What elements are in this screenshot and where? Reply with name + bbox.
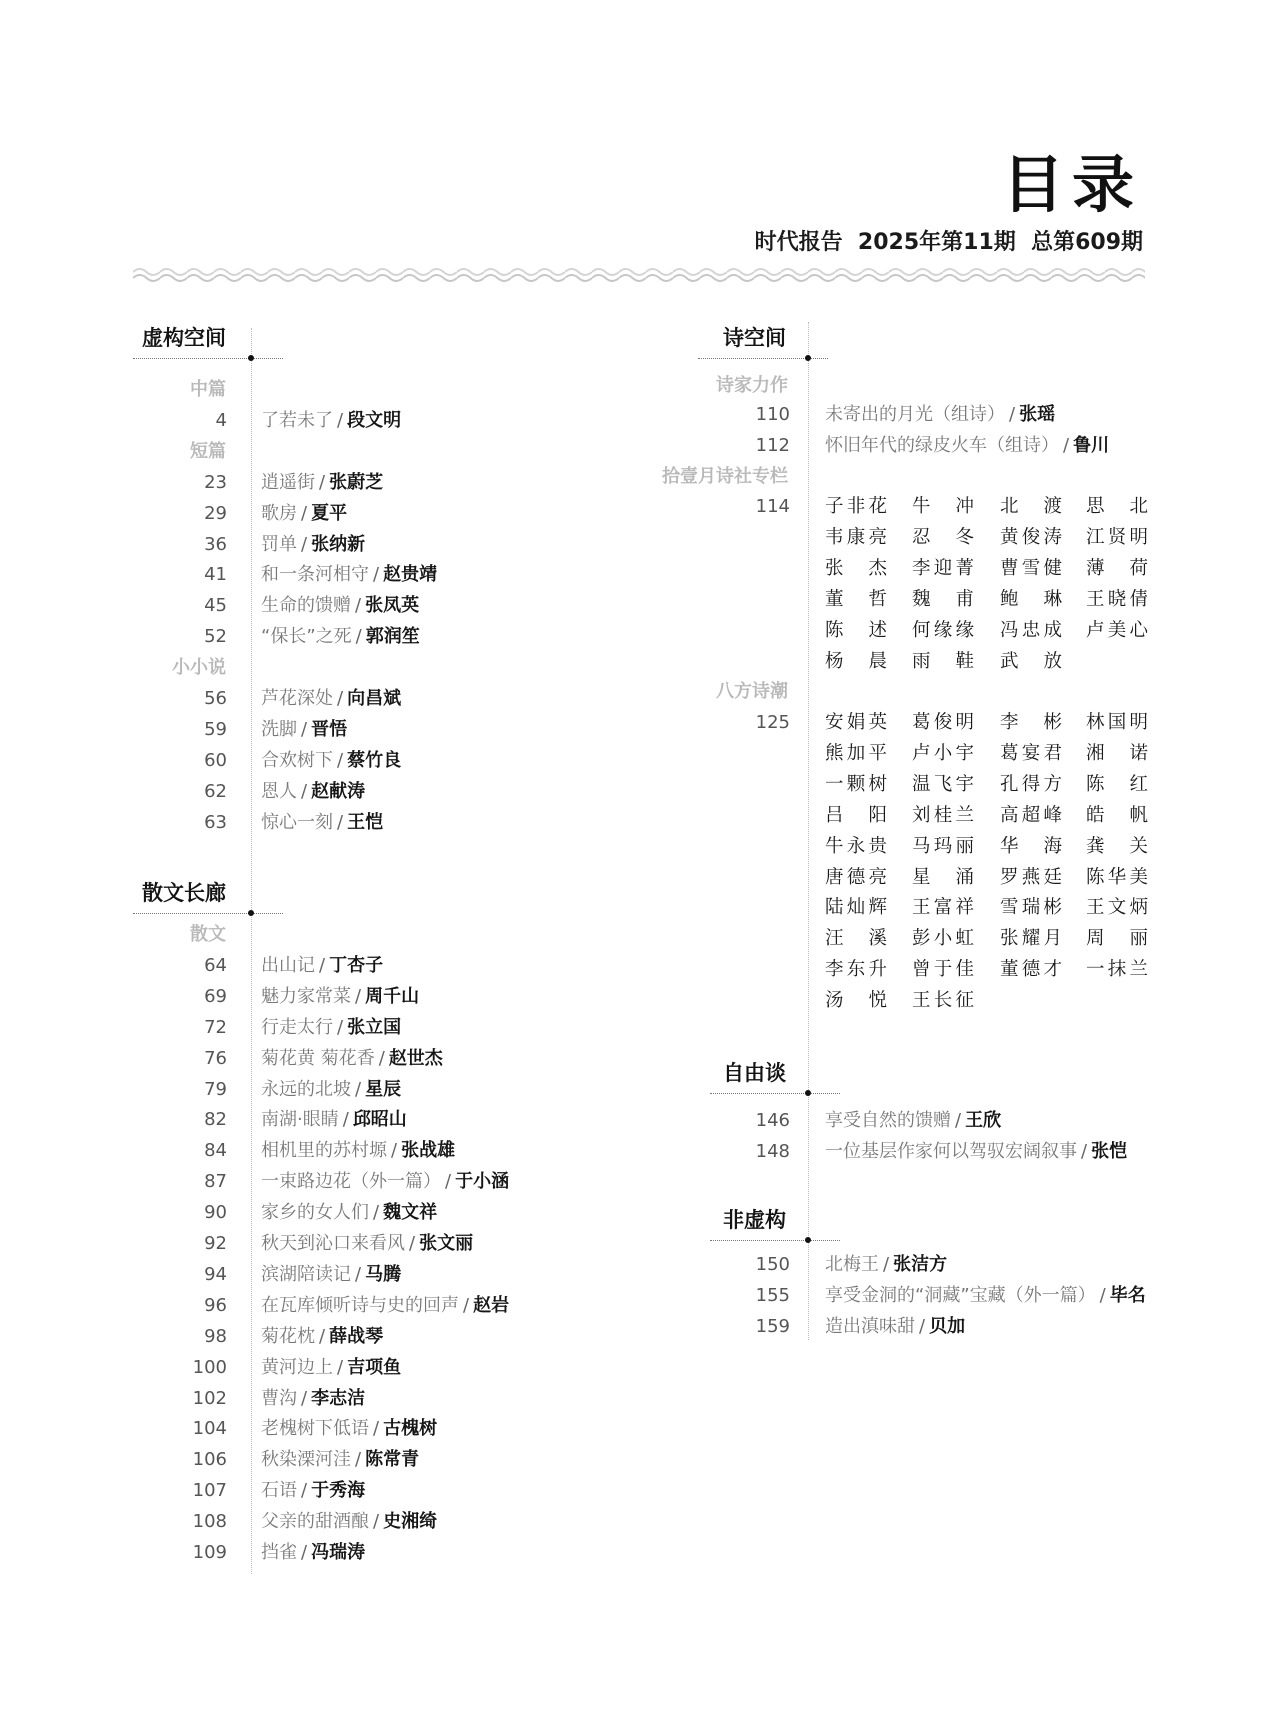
- entry-title: 挡雀: [261, 1542, 297, 1563]
- entry-title: 了若未了: [261, 410, 333, 431]
- name-char: 龚: [1086, 836, 1105, 858]
- poet-name: 罗燕廷: [1000, 867, 1062, 889]
- toc-entry[interactable]: 秋染溧河洼/陈常青: [261, 1449, 419, 1471]
- subsection-label: 八方诗潮: [716, 681, 788, 703]
- name-char: 红: [1129, 774, 1148, 796]
- name-char: 周: [1086, 928, 1105, 950]
- page-number: 60: [167, 750, 227, 772]
- toc-entry[interactable]: 在瓦库倾听诗与史的回声/赵岩: [261, 1295, 509, 1317]
- entry-title: 魅力家常菜: [261, 986, 351, 1007]
- entry-author: 张瑶: [1019, 404, 1055, 425]
- page-number: 125: [730, 712, 790, 734]
- poet-name: 一抹兰: [1086, 959, 1148, 981]
- name-char: 杰: [868, 558, 887, 580]
- entry-separator: /: [333, 1017, 347, 1038]
- poet-name: 葛宴君: [1000, 743, 1062, 765]
- entry-author: 王欣: [965, 1110, 1001, 1131]
- page-number: 150: [730, 1254, 790, 1276]
- entry-separator: /: [297, 1480, 311, 1501]
- toc-entry[interactable]: 未寄出的月光（组诗）/张瑶: [825, 404, 1055, 426]
- poet-name: 曾于佳: [912, 959, 974, 981]
- page-number: 107: [167, 1480, 227, 1502]
- toc-entry[interactable]: 相机里的苏村塬/张战雄: [261, 1140, 455, 1162]
- toc-entry[interactable]: 生命的馈赠/张凤英: [261, 595, 419, 617]
- name-char: 华: [1000, 836, 1019, 858]
- poet-name: 王晓倩: [1086, 589, 1148, 611]
- page-number: 110: [730, 404, 790, 426]
- name-char: 渡: [1043, 496, 1062, 518]
- name-char: 琳: [1043, 589, 1062, 611]
- entry-title: 在瓦库倾听诗与史的回声: [261, 1295, 459, 1316]
- page-number: 52: [167, 626, 227, 648]
- toc-entry[interactable]: 享受金洞的“洞藏”宝藏（外一篇）/毕名: [825, 1285, 1146, 1307]
- entry-separator: /: [297, 781, 311, 802]
- name-char: 牛: [912, 496, 931, 518]
- entry-author: 蔡竹良: [347, 750, 401, 771]
- entry-separator: /: [879, 1254, 893, 1275]
- poet-name: 熊加平: [825, 743, 887, 765]
- toc-entry[interactable]: 北梅王/张洁方: [825, 1254, 947, 1276]
- poet-name: 陈述: [825, 620, 887, 642]
- entry-separator: /: [351, 986, 365, 1007]
- entry-author: 冯瑞涛: [311, 1542, 365, 1563]
- page-number: 23: [167, 472, 227, 494]
- page-number: 45: [167, 595, 227, 617]
- entry-author: 王恺: [347, 812, 383, 833]
- page-number: 63: [167, 812, 227, 834]
- toc-entry[interactable]: 罚单/张纳新: [261, 534, 365, 556]
- name-char: 北: [1129, 496, 1148, 518]
- entry-author: 周千山: [365, 986, 419, 1007]
- page-number: 87: [167, 1171, 227, 1193]
- entry-author: 赵贵靖: [383, 564, 437, 585]
- entry-title: 黄河边上: [261, 1357, 333, 1378]
- entry-separator: /: [405, 1233, 419, 1254]
- entry-title: 享受自然的馈赠: [825, 1110, 951, 1131]
- poet-name: 卢美心: [1086, 620, 1148, 642]
- section-heading: 散文长廊: [142, 880, 226, 906]
- poet-name: 思北: [1086, 496, 1148, 518]
- page-number: 146: [730, 1110, 790, 1132]
- subsection-label: 诗家力作: [716, 375, 788, 397]
- name-char: 海: [1043, 836, 1062, 858]
- entry-author: 张文丽: [419, 1233, 473, 1254]
- toc-entry[interactable]: 歌房/夏平: [261, 503, 347, 525]
- toc-entry[interactable]: 惊心一刻/王恺: [261, 812, 383, 834]
- entry-separator: /: [333, 410, 347, 431]
- name-char: 荷: [1129, 558, 1148, 580]
- entry-title: 曹沟: [261, 1388, 297, 1409]
- right-column-guide: [808, 322, 809, 1340]
- toc-entry[interactable]: 老槐树下低语/古槐树: [261, 1418, 437, 1440]
- page-number: 159: [730, 1316, 790, 1338]
- entry-separator: /: [315, 955, 329, 976]
- entry-title: 秋天到沁口来看风: [261, 1233, 405, 1254]
- page-number: 64: [167, 955, 227, 977]
- poet-name: 韦康亮: [825, 527, 887, 549]
- page-number: 94: [167, 1264, 227, 1286]
- entry-title: 石语: [261, 1480, 297, 1501]
- toc-entry[interactable]: 挡雀/冯瑞涛: [261, 1542, 365, 1564]
- entry-author: 丁杏子: [329, 955, 383, 976]
- entry-separator: /: [387, 1140, 401, 1161]
- poet-name: 王长征: [912, 990, 974, 1012]
- toc-entry[interactable]: 秋天到沁口来看风/张文丽: [261, 1233, 473, 1255]
- name-char: 鞋: [955, 651, 974, 673]
- page-number: 56: [167, 688, 227, 710]
- subsection-label: 散文: [190, 924, 226, 946]
- entry-separator: /: [459, 1295, 473, 1316]
- page-number: 82: [167, 1109, 227, 1131]
- subsection-label: 短篇: [190, 441, 226, 463]
- section-heading: 诗空间: [723, 325, 786, 351]
- entry-separator: /: [297, 534, 311, 555]
- entry-author: 薛战琴: [329, 1326, 383, 1347]
- entry-author: 夏平: [311, 503, 347, 524]
- toc-entry[interactable]: 曹沟/李志洁: [261, 1388, 365, 1410]
- toc-entry[interactable]: 逍遥街/张蔚芝: [261, 472, 383, 494]
- entry-separator: /: [333, 1357, 347, 1378]
- entry-author: 张洁方: [893, 1254, 947, 1275]
- poet-name: 魏甫: [912, 589, 974, 611]
- poet-name: 温飞宇: [912, 774, 974, 796]
- entry-separator: /: [351, 1264, 365, 1285]
- entry-title: 行走太行: [261, 1017, 333, 1038]
- entry-separator: /: [333, 688, 347, 709]
- name-char: 汤: [825, 990, 844, 1012]
- poet-name: 何缘缘: [912, 620, 974, 642]
- entry-author: 毕名: [1110, 1285, 1146, 1306]
- poet-name: 周丽: [1086, 928, 1148, 950]
- poet-name: 汪溪: [825, 928, 887, 950]
- entry-title: 芦花深处: [261, 688, 333, 709]
- entry-title: 一位基层作家何以驾驭宏阔叙事: [825, 1141, 1077, 1162]
- section-dot: [805, 355, 811, 361]
- entry-title: 歌房: [261, 503, 297, 524]
- entry-separator: /: [369, 1202, 383, 1223]
- name-char: 魏: [912, 589, 931, 611]
- page-number: 114: [730, 496, 790, 518]
- page-number: 108: [167, 1511, 227, 1533]
- toc-entry[interactable]: 菊花黄 菊花香/赵世杰: [261, 1048, 443, 1070]
- entry-author: 晋悟: [311, 719, 347, 740]
- poet-name: 江贤明: [1086, 527, 1148, 549]
- name-char: 哲: [868, 589, 887, 611]
- name-char: 李: [1000, 712, 1019, 734]
- entry-title: 秋染溧河洼: [261, 1449, 351, 1470]
- page-number: 69: [167, 986, 227, 1008]
- poet-name: 曹雪健: [1000, 558, 1062, 580]
- name-char: 溪: [868, 928, 887, 950]
- issue-subtitle: 时代报告 2025年第11期 总第609期: [755, 228, 1143, 258]
- entry-title: 父亲的甜酒酿: [261, 1511, 369, 1532]
- toc-entry[interactable]: 南湖·眼睛/邱昭山: [261, 1109, 407, 1131]
- entry-separator: /: [1077, 1141, 1091, 1162]
- toc-entry[interactable]: 一位基层作家何以驾驭宏阔叙事/张恺: [825, 1141, 1127, 1163]
- poet-name: 彭小虹: [912, 928, 974, 950]
- toc-entry[interactable]: 石语/于秀海: [261, 1480, 365, 1502]
- page-title: 目录: [1002, 150, 1142, 220]
- entry-title: 怀旧年代的绿皮火车（组诗）: [825, 435, 1059, 456]
- name-char: 董: [825, 589, 844, 611]
- name-char: 杨: [825, 651, 844, 673]
- poet-name: 雨鞋: [912, 651, 974, 673]
- entry-separator: /: [351, 1449, 365, 1470]
- entry-separator: /: [297, 1542, 311, 1563]
- page-number: 109: [167, 1542, 227, 1564]
- poet-name: 李东升: [825, 959, 887, 981]
- entry-author: 张纳新: [311, 534, 365, 555]
- entry-title: 永远的北坡: [261, 1079, 351, 1100]
- toc-entry[interactable]: 芦花深处/向昌斌: [261, 688, 401, 710]
- poet-name: 董哲: [825, 589, 887, 611]
- entry-separator: /: [315, 472, 329, 493]
- page-number: 4: [167, 410, 227, 432]
- toc-entry[interactable]: 怀旧年代的绿皮火车（组诗）/鲁川: [825, 435, 1109, 457]
- name-char: 帆: [1129, 805, 1148, 827]
- page-number: 79: [167, 1079, 227, 1101]
- entry-author: 赵岩: [473, 1295, 509, 1316]
- poet-name: 鲍琳: [1000, 589, 1062, 611]
- section-dot: [248, 910, 254, 916]
- name-char: 汪: [825, 928, 844, 950]
- entry-title: 一束路边花（外一篇）: [261, 1171, 441, 1192]
- section-rule: [710, 1093, 840, 1094]
- page-number: 100: [167, 1357, 227, 1379]
- toc-entry[interactable]: 享受自然的馈赠/王欣: [825, 1110, 1001, 1132]
- page-number: 84: [167, 1140, 227, 1162]
- entry-title: “保长”之死: [261, 626, 352, 647]
- poet-name: 武放: [1000, 651, 1062, 673]
- entry-title: 生命的馈赠: [261, 595, 351, 616]
- section-rule: [133, 358, 283, 359]
- toc-entry[interactable]: 出山记/丁杏子: [261, 955, 383, 977]
- name-char: 湘: [1086, 743, 1105, 765]
- entry-title: 未寄出的月光（组诗）: [825, 404, 1005, 425]
- poet-name: 安娟英: [825, 712, 887, 734]
- poet-name: 马玛丽: [912, 836, 974, 858]
- poet-name: 牛冲: [912, 496, 974, 518]
- entry-separator: /: [915, 1316, 929, 1337]
- name-char: 冲: [955, 496, 974, 518]
- section-heading: 自由谈: [723, 1060, 786, 1086]
- subsection-label: 拾壹月诗社专栏: [662, 466, 788, 488]
- toc-entry[interactable]: 和一条河相守/赵贵靖: [261, 564, 437, 586]
- toc-entry[interactable]: 菊花枕/薛战琴: [261, 1326, 383, 1348]
- poet-name: 吕阳: [825, 805, 887, 827]
- section-dot: [248, 355, 254, 361]
- poet-name: 唐德亮: [825, 867, 887, 889]
- page-number: 62: [167, 781, 227, 803]
- entry-separator: /: [333, 750, 347, 771]
- entry-title: 和一条河相守: [261, 564, 369, 585]
- entry-title: 洗脚: [261, 719, 297, 740]
- poet-name: 黄俊涛: [1000, 527, 1062, 549]
- poet-name: 卢小宇: [912, 743, 974, 765]
- poet-name: 子非花: [825, 496, 887, 518]
- entry-title: 恩人: [261, 781, 297, 802]
- name-char: 张: [825, 558, 844, 580]
- entry-separator: /: [352, 626, 366, 647]
- entry-separator: /: [333, 812, 347, 833]
- entry-title: 老槐树下低语: [261, 1418, 369, 1439]
- entry-separator: /: [297, 503, 311, 524]
- page-number: 155: [730, 1285, 790, 1307]
- poet-name: 薄荷: [1086, 558, 1148, 580]
- entry-separator: /: [315, 1326, 329, 1347]
- page-number: 72: [167, 1017, 227, 1039]
- toc-entry[interactable]: 合欢树下/蔡竹良: [261, 750, 401, 772]
- name-char: 思: [1086, 496, 1105, 518]
- section-dot: [805, 1090, 811, 1096]
- entry-separator: /: [351, 595, 365, 616]
- name-char: 彬: [1043, 712, 1062, 734]
- page-number: 96: [167, 1295, 227, 1317]
- entry-author: 段文明: [347, 410, 401, 431]
- page-number: 106: [167, 1449, 227, 1471]
- entry-title: 罚单: [261, 534, 297, 555]
- entry-separator: /: [375, 1048, 389, 1069]
- entry-author: 史湘绮: [383, 1511, 437, 1532]
- section-dot: [805, 1237, 811, 1243]
- entry-title: 菊花枕: [261, 1326, 315, 1347]
- entry-title: 相机里的苏村塬: [261, 1140, 387, 1161]
- poet-name: 孔得方: [1000, 774, 1062, 796]
- toc-entry[interactable]: 一束路边花（外一篇）/于小涵: [261, 1171, 509, 1193]
- entry-title: 北梅王: [825, 1254, 879, 1275]
- toc-entry[interactable]: “保长”之死/郭润笙: [261, 626, 420, 648]
- page-number: 98: [167, 1326, 227, 1348]
- poet-name: 杨晨: [825, 651, 887, 673]
- poet-name: 王文炳: [1086, 897, 1148, 919]
- left-column-guide: [251, 328, 252, 1574]
- name-char: 丽: [1129, 928, 1148, 950]
- entry-author: 郭润笙: [366, 626, 420, 647]
- toc-entry[interactable]: 滨湖陪读记/马腾: [261, 1264, 401, 1286]
- toc-entry[interactable]: 永远的北坡/星辰: [261, 1079, 401, 1101]
- subsection-label: 小小说: [172, 657, 226, 679]
- page-number: 148: [730, 1141, 790, 1163]
- toc-entry[interactable]: 行走太行/张立国: [261, 1017, 401, 1039]
- toc-entry[interactable]: 黄河边上/吉项鱼: [261, 1357, 401, 1379]
- entry-author: 张恺: [1091, 1141, 1127, 1162]
- name-char: 北: [1000, 496, 1019, 518]
- toc-entry[interactable]: 家乡的女人们/魏文祥: [261, 1202, 437, 1224]
- entry-author: 张蔚芝: [329, 472, 383, 493]
- subsection-label: 中篇: [190, 379, 226, 401]
- page-number: 104: [167, 1418, 227, 1440]
- poet-name: 高超峰: [1000, 805, 1062, 827]
- entry-author: 马腾: [365, 1264, 401, 1285]
- entry-separator: /: [1096, 1285, 1110, 1306]
- poet-name: 忍冬: [912, 527, 974, 549]
- toc-entry[interactable]: 魅力家常菜/周千山: [261, 986, 419, 1008]
- poet-name: 雪瑞彬: [1000, 897, 1062, 919]
- entry-title: 逍遥街: [261, 472, 315, 493]
- entry-separator: /: [1059, 435, 1073, 456]
- entry-separator: /: [369, 564, 383, 585]
- toc-entry[interactable]: 父亲的甜酒酿/史湘绮: [261, 1511, 437, 1533]
- poet-name: 湘诺: [1086, 743, 1148, 765]
- poet-name: 葛俊明: [912, 712, 974, 734]
- entry-author: 陈常青: [365, 1449, 419, 1470]
- poet-name: 一颗树: [825, 774, 887, 796]
- poet-name: 皓帆: [1086, 805, 1148, 827]
- entry-title: 合欢树下: [261, 750, 333, 771]
- entry-author: 张战雄: [401, 1140, 455, 1161]
- poet-name: 李彬: [1000, 712, 1062, 734]
- entry-separator: /: [369, 1511, 383, 1532]
- page-number: 29: [167, 503, 227, 525]
- name-char: 武: [1000, 651, 1019, 673]
- name-char: 星: [912, 867, 931, 889]
- entry-title: 享受金洞的“洞藏”宝藏（外一篇）: [825, 1285, 1096, 1306]
- entry-author: 古槐树: [383, 1418, 437, 1439]
- name-char: 陈: [825, 620, 844, 642]
- entry-title: 菊花黄 菊花香: [261, 1048, 375, 1069]
- entry-title: 造出滇味甜: [825, 1316, 915, 1337]
- poet-name: 王富祥: [912, 897, 974, 919]
- entry-separator: /: [369, 1418, 383, 1439]
- entry-separator: /: [441, 1171, 455, 1192]
- entry-separator: /: [1005, 404, 1019, 425]
- toc-entry[interactable]: 洗脚/晋悟: [261, 719, 347, 741]
- entry-separator: /: [351, 1079, 365, 1100]
- entry-author: 星辰: [365, 1079, 401, 1100]
- page-number: 41: [167, 564, 227, 586]
- entry-author: 赵世杰: [389, 1048, 443, 1069]
- entry-separator: /: [951, 1110, 965, 1131]
- page-number: 102: [167, 1388, 227, 1410]
- page-number: 92: [167, 1233, 227, 1255]
- poet-name: 张杰: [825, 558, 887, 580]
- section-rule: [133, 913, 283, 914]
- poet-name: 北渡: [1000, 496, 1062, 518]
- name-char: 吕: [825, 805, 844, 827]
- name-char: 甫: [955, 589, 974, 611]
- poet-name: 林国明: [1086, 712, 1148, 734]
- entry-title: 出山记: [261, 955, 315, 976]
- toc-entry[interactable]: 了若未了/段文明: [261, 410, 401, 432]
- entry-title: 滨湖陪读记: [261, 1264, 351, 1285]
- entry-author: 张立国: [347, 1017, 401, 1038]
- entry-author: 魏文祥: [383, 1202, 437, 1223]
- entry-author: 赵献涛: [311, 781, 365, 802]
- toc-entry[interactable]: 恩人/赵献涛: [261, 781, 365, 803]
- poet-name: 陈红: [1086, 774, 1148, 796]
- page-number: 59: [167, 719, 227, 741]
- entry-separator: /: [339, 1109, 353, 1130]
- poet-name: 汤悦: [825, 990, 887, 1012]
- section-heading: 虚构空间: [142, 325, 226, 351]
- poet-name: 陆灿辉: [825, 897, 887, 919]
- entry-title: 家乡的女人们: [261, 1202, 369, 1223]
- entry-author: 于小涵: [455, 1171, 509, 1192]
- name-char: 悦: [868, 990, 887, 1012]
- entry-author: 向昌斌: [347, 688, 401, 709]
- poet-name: 龚关: [1086, 836, 1148, 858]
- toc-entry[interactable]: 造出滇味甜/贝加: [825, 1316, 965, 1338]
- name-char: 涌: [955, 867, 974, 889]
- name-char: 薄: [1086, 558, 1105, 580]
- poet-name: 牛永贵: [825, 836, 887, 858]
- poet-name: 华海: [1000, 836, 1062, 858]
- name-char: 忍: [912, 527, 931, 549]
- name-char: 陈: [1086, 774, 1105, 796]
- entry-title: 南湖·眼睛: [261, 1109, 339, 1130]
- poet-name: 陈华美: [1086, 867, 1148, 889]
- name-char: 放: [1043, 651, 1062, 673]
